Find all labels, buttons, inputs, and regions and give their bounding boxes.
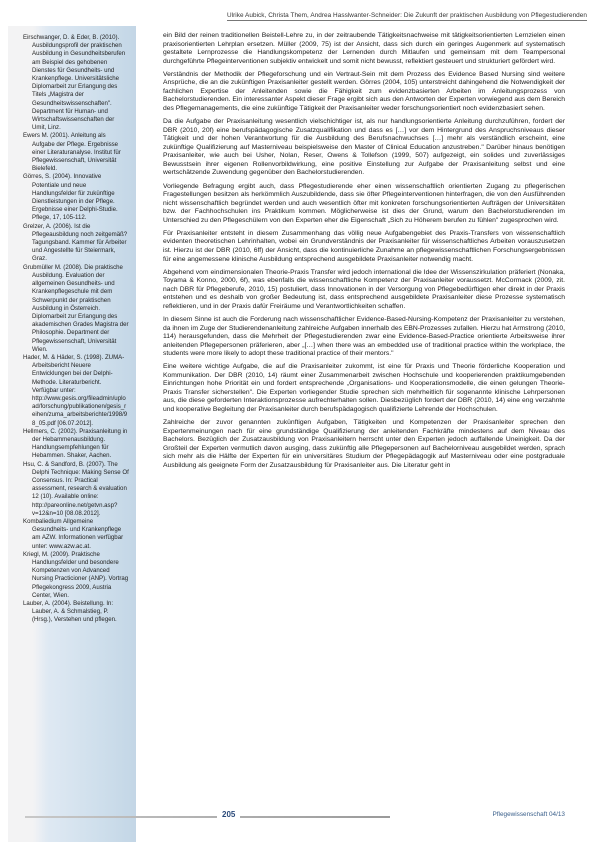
- reference-entry: Grelzer, A. (2006). Ist die Pflegeausbil…: [23, 223, 129, 264]
- reference-entry: Lauber, A. (2004). Beistellung. In: Laub…: [23, 600, 129, 625]
- paragraph: Für Praxisanleiter entsteht in diesem Zu…: [163, 230, 565, 264]
- reference-entry: Ewers M. (2001). Anleitung als Aufgabe d…: [23, 132, 129, 173]
- reference-entry: Görres, S. (2004). Innovative Potentiale…: [23, 173, 129, 222]
- paragraph: Eine weitere wichtige Aufgabe, die auf d…: [163, 363, 565, 414]
- paragraph: Abgehend vom eindimensionalen Theorie-Pr…: [163, 269, 565, 312]
- reference-entry: Kriegl, M. (2009). Praktische Handlungsf…: [23, 551, 129, 600]
- reference-entry: Grubmüller M. (2008). Die praktische Aus…: [23, 264, 129, 354]
- paragraph: Vorliegende Befragung ergibt auch, dass …: [163, 183, 565, 226]
- running-title: Ulrike Aubick, Christa Them, Andrea Hass…: [227, 12, 587, 21]
- paragraph: Verständnis der Methodik der Pflegeforsc…: [163, 71, 565, 114]
- journal-issue: Pflegewissenschaft 04/13: [493, 811, 565, 818]
- page-footer: 205 Pflegewissenschaft 04/13: [25, 810, 565, 822]
- reference-entry: Kombaliedium Allgemeine Gesundheits- und…: [23, 518, 129, 551]
- reference-list: Eirschwanger, D. & Eder, B. (2010). Ausb…: [23, 34, 129, 625]
- reference-entry: Hader, M. & Häder, S. (1998). ZUMA-Arbei…: [23, 354, 129, 428]
- reference-entry: Hsu, C. & Sandford, B. (2007). The Delph…: [23, 461, 129, 518]
- footer-rule: [25, 816, 390, 818]
- paragraph: In diesem Sinne ist auch die Forderung n…: [163, 316, 565, 359]
- reference-entry: Eirschwanger, D. & Eder, B. (2010). Ausb…: [23, 34, 129, 132]
- reference-entry: Hellmers, C. (2002). Praxisanleitung in …: [23, 428, 129, 461]
- paragraph: Da die Aufgabe der Praxisanleitung wesen…: [163, 118, 565, 178]
- paragraph: Zahlreiche der zuvor genannten zukünftig…: [163, 419, 565, 470]
- running-header: Ulrike Aubick, Christa Them, Andrea Hass…: [50, 12, 587, 26]
- page-number: 205: [217, 810, 240, 819]
- paragraph: ein Bild der reinen traditionellen Beist…: [163, 32, 565, 66]
- body-text: ein Bild der reinen traditionellen Beist…: [163, 32, 565, 475]
